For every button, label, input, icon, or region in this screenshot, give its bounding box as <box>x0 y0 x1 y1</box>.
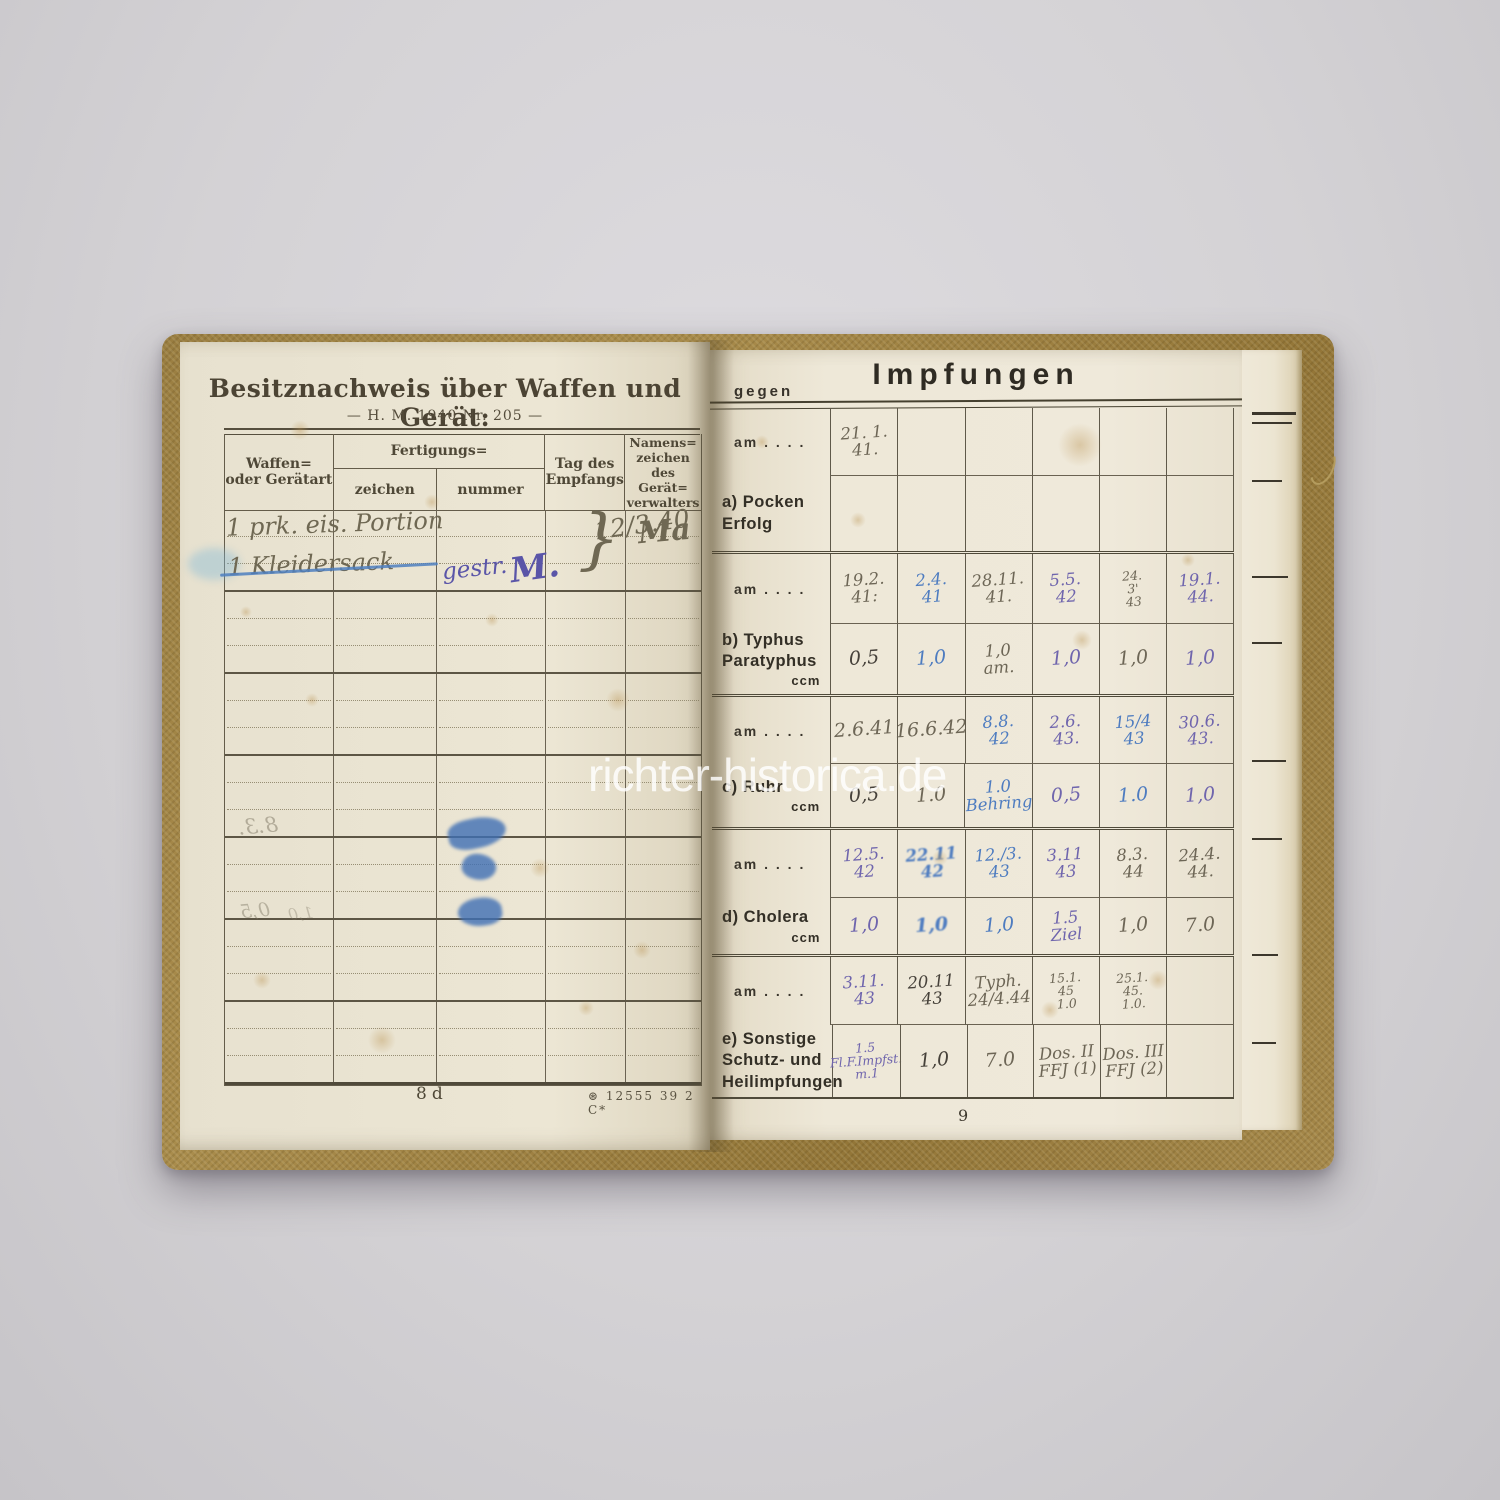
left-page-subtitle: — H. M. 1940 Nr. 205 — <box>180 408 710 424</box>
handwritten-entry: 15/443 <box>1113 711 1152 748</box>
ruled-dotted-line <box>548 946 623 947</box>
printed-line-edge <box>1252 422 1292 424</box>
dose-cell: Dos. IIFFJ (1) <box>1033 1025 1100 1097</box>
ruled-dotted-line <box>227 727 331 728</box>
value-row: d) Choleraccm1,01,01,01.5Ziel1,07.0 <box>712 898 1234 954</box>
weapons-table-header: Waffen= oder Gerätart Fertigungs= zeiche… <box>224 434 702 511</box>
ruled-dotted-line <box>548 618 623 619</box>
foxing-stain <box>850 512 866 528</box>
ruled-dotted-line <box>336 864 434 865</box>
foxing-stain <box>305 693 319 707</box>
ruled-dotted-line <box>439 1055 544 1056</box>
handwritten-entry: 2.6.43. <box>1049 712 1083 749</box>
date-cell: 2.4.41 <box>897 554 964 624</box>
handwritten-entry: 2.4.41 <box>915 570 949 607</box>
header-text: Fertigungs= <box>334 434 545 469</box>
dose-cell: 1,0 <box>897 624 964 694</box>
dose-cell: 7.0 <box>1166 898 1234 954</box>
handwritten-entry: 1,0 <box>916 648 948 670</box>
handwritten-entry: Dos. IIFFJ (1) <box>1037 1042 1097 1081</box>
table-cell <box>225 674 334 754</box>
handwritten-entry: 12./3.43 <box>974 845 1024 883</box>
header-text: Waffen= <box>225 456 333 472</box>
handwritten-initial-blue: M. <box>507 545 562 591</box>
date-cell: 3.1143 <box>1032 830 1099 898</box>
handwritten-entry: 20.1143 <box>907 972 957 1010</box>
handwritten-entry: 1,0 <box>1184 648 1216 670</box>
handwritten-initials: Ma <box>637 512 693 551</box>
handwritten-entry: 8.3.44 <box>1116 845 1150 882</box>
handwritten-entry: 1,0 <box>1117 648 1149 670</box>
book-gutter-shadow <box>688 340 734 1152</box>
header-text: nummer <box>437 469 545 510</box>
printed-line-edge <box>1252 838 1282 840</box>
foxing-stain <box>240 606 252 618</box>
table-cell <box>546 592 626 672</box>
dose-cell: 1.5Fl.F.Impfst.m.1 <box>832 1025 900 1097</box>
ruled-dotted-line <box>336 891 434 892</box>
foxing-stain <box>253 971 271 989</box>
table-cell <box>546 920 626 1000</box>
table-cell <box>334 592 437 672</box>
table-cell <box>334 756 437 836</box>
handwritten-entry: 1,0 <box>1050 648 1082 670</box>
ruled-dotted-line <box>227 864 331 865</box>
vaccinations-title: Impfungen <box>710 358 1242 392</box>
date-cell: 8.3.44 <box>1099 830 1166 898</box>
foxing-stain <box>1058 423 1102 467</box>
document-photo: Besitznachweis über Waffen und Gerät: — … <box>0 0 1500 1500</box>
ruled-dotted-line <box>336 809 434 810</box>
foxing-stain <box>1072 630 1092 650</box>
foxing-stain <box>1041 1001 1059 1019</box>
header-text: zeichen <box>334 469 437 510</box>
value-row: a) PockenErfolg <box>712 476 1234 551</box>
foxing-stain <box>424 494 440 510</box>
date-cell: 20.1143 <box>897 957 964 1025</box>
foxing-stain <box>755 435 769 449</box>
handwritten-entry: 1,0 <box>918 1050 950 1072</box>
header-col-empfang: Tag des Empfangs <box>545 434 625 510</box>
dose-cell: 1,0 <box>900 1025 967 1097</box>
date-cell <box>965 408 1032 476</box>
table-row <box>225 920 701 1002</box>
date-cell: 19.2.41: <box>830 554 897 624</box>
ruled-dotted-line <box>548 1055 623 1056</box>
ruled-dotted-line <box>439 891 544 892</box>
date-cell: 30.6.43. <box>1166 697 1234 764</box>
date-cell: 25.1.45.1.0. <box>1099 957 1166 1025</box>
handwritten-entry: 28.11.41. <box>971 569 1026 607</box>
table-cell <box>225 1002 334 1082</box>
printed-line-edge <box>1252 760 1286 762</box>
ruled-dotted-line <box>336 727 434 728</box>
table-cell <box>334 920 437 1000</box>
ruled-dotted-line <box>336 782 434 783</box>
dose-cell: 1,0 <box>1166 764 1234 827</box>
table-bottom-rule <box>712 1097 1234 1099</box>
ruled-dotted-line <box>336 618 434 619</box>
table-cell <box>546 674 626 754</box>
handwritten-entry: 1,0 <box>849 915 881 937</box>
am-row: am . . . .12.5.4222.114212./3.433.11438.… <box>712 827 1234 898</box>
handwritten-entry: 24.3'43 <box>1122 568 1145 609</box>
table-cell <box>437 674 547 754</box>
table-cell <box>225 592 334 672</box>
ruled-dotted-line <box>227 891 331 892</box>
ruled-dotted-line <box>227 1055 331 1056</box>
foxing-stain <box>1148 970 1168 990</box>
dose-cell: 1,0 <box>1099 898 1166 954</box>
watermark-text: richter-historica.de <box>588 748 946 802</box>
foxing-stain <box>932 850 948 866</box>
header-col-geraetart: Waffen= oder Gerätart <box>225 434 334 510</box>
handwritten-entry: 5.5.42 <box>1049 570 1083 607</box>
table-cell <box>225 920 334 1000</box>
handwritten-entry: 1,0am. <box>982 641 1015 678</box>
handwritten-entry: 7.0 <box>985 1050 1017 1072</box>
dose-cell: 1,0 <box>830 898 897 954</box>
table-cell <box>437 592 547 672</box>
header-text: Empfangs <box>545 472 624 488</box>
handwritten-entry: 24.4.44. <box>1178 845 1222 882</box>
dose-cell <box>830 476 897 551</box>
handwritten-item-crossed: 1 Kleidersack <box>228 547 395 581</box>
handwritten-entry: 1.5Ziel <box>1049 908 1083 945</box>
value-row: b) TyphusParatyphusccm0,51,01,0am.1,01,0… <box>712 624 1234 694</box>
dose-cell <box>1166 1025 1234 1097</box>
foxing-stain <box>530 858 550 878</box>
ruled-dotted-line <box>336 946 434 947</box>
dose-cell <box>1099 476 1166 551</box>
date-cell: 3.11.43 <box>830 957 897 1025</box>
ruled-dotted-line <box>548 809 623 810</box>
date-cell: 24.3'43 <box>1099 554 1166 624</box>
ruled-dotted-line <box>439 536 544 537</box>
table-cell <box>437 1002 547 1082</box>
date-cell <box>1099 408 1166 476</box>
ruled-dotted-line <box>227 645 331 646</box>
dose-cell: 1,0 <box>965 898 1032 954</box>
ruled-dotted-line <box>439 727 544 728</box>
dose-cell: 1.5Ziel <box>1032 898 1099 954</box>
am-row: am . . . .21. 1.41. <box>712 408 1234 476</box>
table-row <box>225 674 701 756</box>
page-number: 9 <box>958 1106 968 1125</box>
ink-offset-mark: 0,5 <box>239 899 271 924</box>
table-cell <box>437 920 547 1000</box>
table-row <box>225 592 701 674</box>
ruled-dotted-line <box>336 645 434 646</box>
date-cell: 19.1.44. <box>1166 554 1234 624</box>
ruled-dotted-line <box>227 782 331 783</box>
date-cell <box>897 408 964 476</box>
dose-cell: 7.0 <box>967 1025 1034 1097</box>
dose-cell: 1.0Behring <box>964 764 1032 827</box>
foxing-stain <box>578 1000 594 1016</box>
handwritten-entry: 22.1142 <box>905 844 959 882</box>
handwritten-entry: 1,0 <box>983 915 1015 937</box>
right-page: gegen Impfungen am . . . .21. 1.41.a) Po… <box>710 350 1242 1140</box>
date-cell: 28.11.41. <box>965 554 1032 624</box>
header-text: Tag des <box>545 456 624 472</box>
dose-cell: 1,0 <box>1099 624 1166 694</box>
handwritten-entry: 1.0Behring <box>964 776 1033 815</box>
foxing-stain <box>485 613 499 627</box>
handwritten-entry: 0,5 <box>849 648 881 670</box>
table-cell <box>334 838 437 918</box>
date-cell: 24.4.44. <box>1166 830 1234 898</box>
ruled-dotted-line <box>336 1055 434 1056</box>
handwritten-entry: 1,0 <box>1184 785 1216 807</box>
handwritten-entry: Dos. IIIFFJ (2) <box>1102 1042 1166 1081</box>
left-page: Besitznachweis über Waffen und Gerät: — … <box>180 342 710 1150</box>
dose-cell <box>965 476 1032 551</box>
printed-line-edge <box>1252 412 1296 415</box>
table-cell <box>546 838 626 918</box>
handwritten-entry: 12.5.42 <box>842 845 886 882</box>
handwritten-entry: 2.6.41 <box>833 718 895 742</box>
dose-cell: Dos. IIIFFJ (2) <box>1100 1025 1167 1097</box>
handwritten-entry: 1.0 <box>1117 785 1149 807</box>
handwritten-entry: 0,5 <box>1050 785 1082 807</box>
ink-offset-mark: 1,0 <box>287 903 314 924</box>
table-cell <box>334 674 437 754</box>
ink-offset-mark: 8.3. <box>237 812 279 839</box>
ruled-dotted-line <box>439 809 544 810</box>
ruled-dotted-line <box>439 1028 544 1029</box>
dose-cell: 1,0 <box>1166 624 1234 694</box>
handwritten-entry: Typh.24/4.44 <box>966 971 1032 1010</box>
ruled-dotted-line <box>227 973 331 974</box>
ruled-dotted-line <box>227 1028 331 1029</box>
foxing-stain <box>368 1026 396 1054</box>
handwritten-entry: 3.11.43 <box>842 972 886 1009</box>
printed-line-edge <box>1252 480 1282 482</box>
date-cell: 8.8.42 <box>965 697 1032 764</box>
ruled-dotted-line <box>548 973 623 974</box>
foxing-stain <box>606 688 630 712</box>
ruled-dotted-line <box>548 891 623 892</box>
value-row: e) SonstigeSchutz- undHeilimpfungen1.5Fl… <box>712 1025 1234 1097</box>
handwritten-entry: 1,0 <box>914 915 948 937</box>
header-text: oder Gerätart <box>225 472 333 488</box>
dose-cell: 1,0am. <box>965 624 1032 694</box>
ruled-dotted-line <box>439 946 544 947</box>
ruled-dotted-line <box>548 645 623 646</box>
foxing-stain <box>290 420 310 440</box>
page-edge-stack <box>1240 350 1302 1130</box>
ruled-dotted-line <box>548 727 623 728</box>
handwritten-entry: 16.6.42 <box>895 718 969 743</box>
ruled-dotted-line <box>336 700 434 701</box>
table-row <box>225 1002 701 1085</box>
ruled-dotted-line <box>227 618 331 619</box>
date-cell: 2.6.43. <box>1032 697 1099 764</box>
date-cell <box>1166 957 1234 1025</box>
dose-cell <box>897 476 964 551</box>
dose-cell: 1.0 <box>1099 764 1166 827</box>
date-cell: 21. 1.41. <box>830 408 897 476</box>
ruled-dotted-line <box>336 973 434 974</box>
print-run-number: 12555 39 2 C* <box>588 1089 695 1117</box>
ruled-dotted-line <box>439 645 544 646</box>
ruled-dotted-line <box>227 946 331 947</box>
printed-line-edge <box>1252 576 1288 578</box>
dose-cell: 0,5 <box>830 624 897 694</box>
dose-cell: 0,5 <box>1032 764 1099 827</box>
dose-cell <box>1032 476 1099 551</box>
foxing-stain <box>1181 553 1195 567</box>
handwritten-entry: 1.5Fl.F.Impfst.m.1 <box>829 1039 904 1083</box>
date-cell: 5.5.42 <box>1032 554 1099 624</box>
date-cell: Typh.24/4.44 <box>965 957 1032 1025</box>
dose-cell <box>1166 476 1234 551</box>
am-row: am . . . .19.2.41:2.4.4128.11.41.5.5.422… <box>712 551 1234 624</box>
handwritten-entry: 30.6.43. <box>1178 711 1222 748</box>
handwritten-entry: 7.0 <box>1184 915 1216 937</box>
ruled-dotted-line <box>548 1028 623 1029</box>
date-cell: 12.5.42 <box>830 830 897 898</box>
date-cell <box>1166 408 1234 476</box>
handwritten-entry: 21. 1.41. <box>840 423 890 461</box>
handwritten-entry: 1,0 <box>1117 915 1149 937</box>
ruled-dotted-line <box>439 700 544 701</box>
handwritten-entry: 19.2.41: <box>842 570 886 607</box>
printed-line-edge <box>1252 642 1282 644</box>
handwritten-entry: 8.8.42 <box>982 712 1016 749</box>
date-cell: 15/443 <box>1099 697 1166 764</box>
ruled-dotted-line <box>548 864 623 865</box>
ruled-dotted-line <box>439 973 544 974</box>
ruled-dotted-line <box>439 782 544 783</box>
print-emblem-icon: ⊛ <box>588 1089 600 1103</box>
handwritten-entry: 3.1143 <box>1046 845 1085 882</box>
printed-line-edge <box>1252 954 1278 956</box>
foxing-stain <box>633 941 651 959</box>
handwritten-entry: 25.1.45.1.0. <box>1116 970 1150 1011</box>
handwritten-entry: 19.1.44. <box>1178 570 1222 607</box>
ruled-dotted-line <box>227 809 331 810</box>
dose-cell: 1,0 <box>897 898 964 954</box>
printed-line-edge <box>1252 1042 1276 1044</box>
date-cell: 22.1142 <box>897 830 964 898</box>
form-signature-code: 8d <box>416 1084 448 1104</box>
date-cell: 12./3.43 <box>965 830 1032 898</box>
